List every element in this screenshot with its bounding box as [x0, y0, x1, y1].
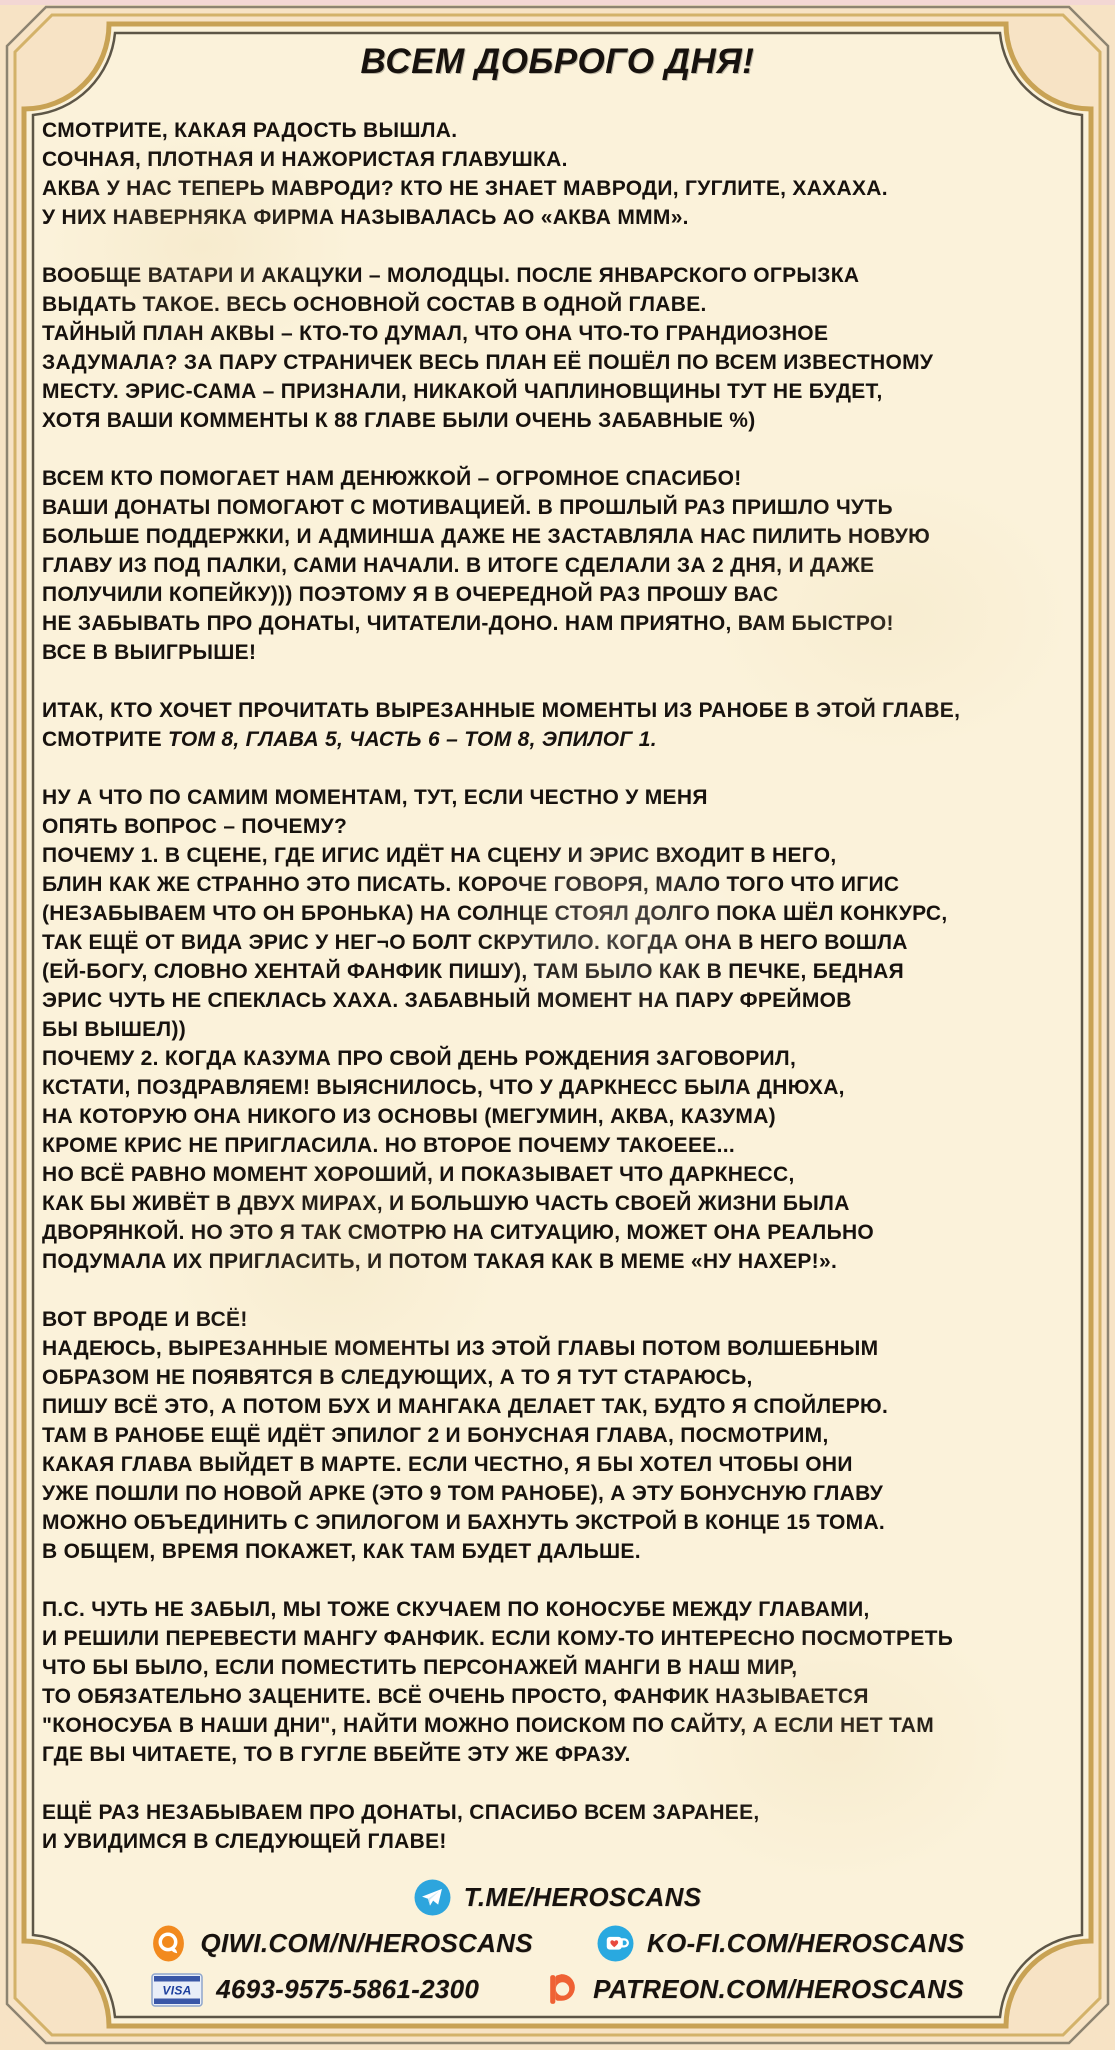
text-line: ПОЛУЧИЛИ КОПЕЙКУ))) ПОЭТОМУ Я В ОЧЕРЕДНО… [42, 580, 1073, 609]
text-line: НУ А ЧТО ПО САМИМ МОМЕНТАМ, ТУТ, ЕСЛИ ЧЕ… [42, 783, 1073, 812]
text-line: ВАШИ ДОНАТЫ ПОМОГАЮТ С МОТИВАЦИЕЙ. В ПРО… [42, 493, 1073, 522]
qiwi-url: QIWI.COM/N/HEROSCANS [200, 1928, 532, 1959]
text-line: ОПЯТЬ ВОПРОС – ПОЧЕМУ? [42, 812, 1073, 841]
paragraph: П.С. ЧУТЬ НЕ ЗАБЫЛ, МЫ ТОЖЕ СКУЧАЕМ ПО К… [42, 1595, 1073, 1769]
text-line: (НЕЗАБЫВАЕМ ЧТО ОН БРОНЬКА) НА СОЛНЦЕ СТ… [42, 899, 1073, 928]
text-line: ВЫДАТЬ ТАКОЕ. ВЕСЬ ОСНОВНОЙ СОСТАВ В ОДН… [42, 290, 1073, 319]
paragraph: ИТАК, КТО ХОЧЕТ ПРОЧИТАТЬ ВЫРЕЗАННЫЕ МОМ… [42, 696, 1073, 754]
footer-row-card-patreon: VISA 4693-9575-5861-2300 PATREON.COM/HER… [151, 1971, 964, 2008]
text-line: ХОТЯ ВАШИ КОММЕНТЫ К 88 ГЛАВЕ БЫЛИ ОЧЕНЬ… [42, 406, 1073, 435]
text-line: КСТАТИ, ПОЗДРАВЛЯЕМ! ВЫЯСНИЛОСЬ, ЧТО У Д… [42, 1073, 1073, 1102]
paragraph: ВОТ ВРОДЕ И ВСЁ!НАДЕЮСЬ, ВЫРЕЗАННЫЕ МОМЕ… [42, 1305, 1073, 1566]
card-number: 4693-9575-5861-2300 [216, 1974, 479, 2005]
telegram-icon [414, 1879, 451, 1916]
text-line: НО ВСЁ РАВНО МОМЕНТ ХОРОШИЙ, И ПОКАЗЫВАЕ… [42, 1160, 1073, 1189]
text-line: ИТАК, КТО ХОЧЕТ ПРОЧИТАТЬ ВЫРЕЗАННЫЕ МОМ… [42, 696, 1073, 725]
text-line: КРОМЕ КРИС НЕ ПРИГЛАСИЛА. НО ВТОРОЕ ПОЧЕ… [42, 1131, 1073, 1160]
paragraph: ВООБЩЕ ВАТАРИ И АКАЦУКИ – МОЛОДЦЫ. ПОСЛЕ… [42, 261, 1073, 435]
qiwi-link[interactable]: QIWI.COM/N/HEROSCANS [150, 1925, 532, 1962]
text-line: МОЖНО ОБЪЕДИНИТЬ С ЭПИЛОГОМ И БАХНУТЬ ЭК… [42, 1508, 1073, 1537]
text-line: БЛИН КАК ЖЕ СТРАННО ЭТО ПИСАТЬ. КОРОЧЕ Г… [42, 870, 1073, 899]
page-top-strip [0, 0, 1115, 5]
text-line: НА КОТОРУЮ ОНА НИКОГО ИЗ ОСНОВЫ (МЕГУМИН… [42, 1102, 1073, 1131]
paragraph: НУ А ЧТО ПО САМИМ МОМЕНТАМ, ТУТ, ЕСЛИ ЧЕ… [42, 783, 1073, 1276]
patreon-link[interactable]: PATREON.COM/HEROSCANS [543, 1971, 964, 2008]
visa-icon: VISA [151, 1973, 203, 2007]
text-line: ПОДУМАЛА ИХ ПРИГЛАСИТЬ, И ПОТОМ ТАКАЯ КА… [42, 1247, 1073, 1276]
text-line: СОЧНАЯ, ПЛОТНАЯ И НАЖОРИСТАЯ ГЛАВУШКА. [42, 145, 1073, 174]
text-line: ТАЙНЫЙ ПЛАН АКВЫ – КТО-ТО ДУМАЛ, ЧТО ОНА… [42, 319, 1073, 348]
text-line: ЧТО БЫ БЫЛО, ЕСЛИ ПОМЕСТИТЬ ПЕРСОНАЖЕЙ М… [42, 1653, 1073, 1682]
text-line: БОЛЬШЕ ПОДДЕРЖКИ, И АДМИНША ДАЖЕ НЕ ЗАСТ… [42, 522, 1073, 551]
afterword-page: ВСЕМ ДОБРОГО ДНЯ! СМОТРИТЕ, КАКАЯ РАДОСТ… [42, 34, 1073, 2008]
text-line: "КОНОСУБА В НАШИ ДНИ", НАЙТИ МОЖНО ПОИСК… [42, 1711, 1073, 1740]
footer-links: T.ME/HEROSCANS QIWI.COM/N/HEROSCANS [42, 1879, 1073, 2008]
footer-row-donate: QIWI.COM/N/HEROSCANS KO-FI.COM/HEROSCANS [150, 1925, 964, 1962]
text-line: ТАК ЕЩЁ ОТ ВИДА ЭРИС У НЕГ¬О БОЛТ СКРУТИ… [42, 928, 1073, 957]
text-line: ГЛАВУ ИЗ ПОД ПАЛКИ, САМИ НАЧАЛИ. В ИТОГЕ… [42, 551, 1073, 580]
text-line: МЕСТУ. ЭРИС-САМА – ПРИЗНАЛИ, НИКАКОЙ ЧАП… [42, 377, 1073, 406]
text-line: ВСЕ В ВЫИГРЫШЕ! [42, 638, 1073, 667]
visa-card-number[interactable]: VISA 4693-9575-5861-2300 [151, 1973, 479, 2007]
text-line: УЖЕ ПОШЛИ ПО НОВОЙ АРКЕ (ЭТО 9 ТОМ РАНОБ… [42, 1479, 1073, 1508]
patreon-icon [543, 1971, 580, 2008]
text-line: БЫ ВЫШЕЛ)) [42, 1015, 1073, 1044]
text-line: У НИХ НАВЕРНЯКА ФИРМА НАЗЫВАЛАСЬ АО «АКВ… [42, 203, 1073, 232]
letter-body: СМОТРИТЕ, КАКАЯ РАДОСТЬ ВЫШЛА.СОЧНАЯ, ПЛ… [42, 116, 1073, 1856]
text-line: ПОЧЕМУ 1. В СЦЕНЕ, ГДЕ ИГИС ИДЁТ НА СЦЕН… [42, 841, 1073, 870]
text-line: СМОТРИТЕ ТОМ 8, ГЛАВА 5, ЧАСТЬ 6 – ТОМ 8… [42, 725, 1073, 754]
kofi-url: KO-FI.COM/HEROSCANS [647, 1928, 965, 1959]
telegram-link[interactable]: T.ME/HEROSCANS [414, 1879, 702, 1916]
telegram-url: T.ME/HEROSCANS [464, 1882, 702, 1913]
text-line: И УВИДИМСЯ В СЛЕДУЮЩЕЙ ГЛАВЕ! [42, 1827, 1073, 1856]
text-line: ВООБЩЕ ВАТАРИ И АКАЦУКИ – МОЛОДЦЫ. ПОСЛЕ… [42, 261, 1073, 290]
page-title: ВСЕМ ДОБРОГО ДНЯ! [42, 42, 1073, 82]
patreon-url: PATREON.COM/HEROSCANS [593, 1974, 964, 2005]
paragraph: ЕЩЁ РАЗ НЕЗАБЫВАЕМ ПРО ДОНАТЫ, СПАСИБО В… [42, 1798, 1073, 1856]
text-line: НАДЕЮСЬ, ВЫРЕЗАННЫЕ МОМЕНТЫ ИЗ ЭТОЙ ГЛАВ… [42, 1334, 1073, 1363]
text-line: КАК БЫ ЖИВЁТ В ДВУХ МИРАХ, И БОЛЬШУЮ ЧАС… [42, 1189, 1073, 1218]
text-line: ЭРИС ЧУТЬ НЕ СПЕКЛАСЬ ХАХА. ЗАБАВНЫЙ МОМ… [42, 986, 1073, 1015]
text-line: И РЕШИЛИ ПЕРЕВЕСТИ МАНГУ ФАНФИК. ЕСЛИ КО… [42, 1624, 1073, 1653]
text-line: АКВА У НАС ТЕПЕРЬ МАВРОДИ? КТО НЕ ЗНАЕТ … [42, 174, 1073, 203]
text-line: ТАМ В РАНОБЕ ЕЩЁ ИДЁТ ЭПИЛОГ 2 И БОНУСНА… [42, 1421, 1073, 1450]
text-line: ОБРАЗОМ НЕ ПОЯВЯТСЯ В СЛЕДУЮЩИХ, А ТО Я … [42, 1363, 1073, 1392]
text-line: ПОЧЕМУ 2. КОГДА КАЗУМА ПРО СВОЙ ДЕНЬ РОЖ… [42, 1044, 1073, 1073]
qiwi-icon [150, 1925, 187, 1962]
text-line: В ОБЩЕМ, ВРЕМЯ ПОКАЖЕТ, КАК ТАМ БУДЕТ ДА… [42, 1537, 1073, 1566]
footer-row-telegram: T.ME/HEROSCANS [414, 1879, 702, 1916]
text-line: КАКАЯ ГЛАВА ВЫЙДЕТ В МАРТЕ. ЕСЛИ ЧЕСТНО,… [42, 1450, 1073, 1479]
kofi-icon [597, 1925, 634, 1962]
text-line: ВОТ ВРОДЕ И ВСЁ! [42, 1305, 1073, 1334]
text-line: ГДЕ ВЫ ЧИТАЕТЕ, ТО В ГУГЛЕ ВБЕЙТЕ ЭТУ ЖЕ… [42, 1740, 1073, 1769]
text-line: ВСЕМ КТО ПОМОГАЕТ НАМ ДЕНЮЖКОЙ – ОГРОМНО… [42, 464, 1073, 493]
text-line: П.С. ЧУТЬ НЕ ЗАБЫЛ, МЫ ТОЖЕ СКУЧАЕМ ПО К… [42, 1595, 1073, 1624]
text-line: НЕ ЗАБЫВАТЬ ПРО ДОНАТЫ, ЧИТАТЕЛИ-ДОНО. Н… [42, 609, 1073, 638]
kofi-link[interactable]: KO-FI.COM/HEROSCANS [597, 1925, 965, 1962]
text-line: ЕЩЁ РАЗ НЕЗАБЫВАЕМ ПРО ДОНАТЫ, СПАСИБО В… [42, 1798, 1073, 1827]
paragraph: СМОТРИТЕ, КАКАЯ РАДОСТЬ ВЫШЛА.СОЧНАЯ, ПЛ… [42, 116, 1073, 232]
paragraph: ВСЕМ КТО ПОМОГАЕТ НАМ ДЕНЮЖКОЙ – ОГРОМНО… [42, 464, 1073, 667]
text-line: СМОТРИТЕ, КАКАЯ РАДОСТЬ ВЫШЛА. [42, 116, 1073, 145]
text-line: ТО ОБЯЗАТЕЛЬНО ЗАЦЕНИТЕ. ВСЁ ОЧЕНЬ ПРОСТ… [42, 1682, 1073, 1711]
svg-text:VISA: VISA [162, 1983, 191, 1997]
text-line: (ЕЙ-БОГУ, СЛОВНО ХЕНТАЙ ФАНФИК ПИШУ), ТА… [42, 957, 1073, 986]
text-line: ПИШУ ВСЁ ЭТО, А ПОТОМ БУХ И МАНГАКА ДЕЛА… [42, 1392, 1073, 1421]
text-line: ЗАДУМАЛА? ЗА ПАРУ СТРАНИЧЕК ВЕСЬ ПЛАН ЕЁ… [42, 348, 1073, 377]
text-line: ДВОРЯНКОЙ. НО ЭТО Я ТАК СМОТРЮ НА СИТУАЦ… [42, 1218, 1073, 1247]
